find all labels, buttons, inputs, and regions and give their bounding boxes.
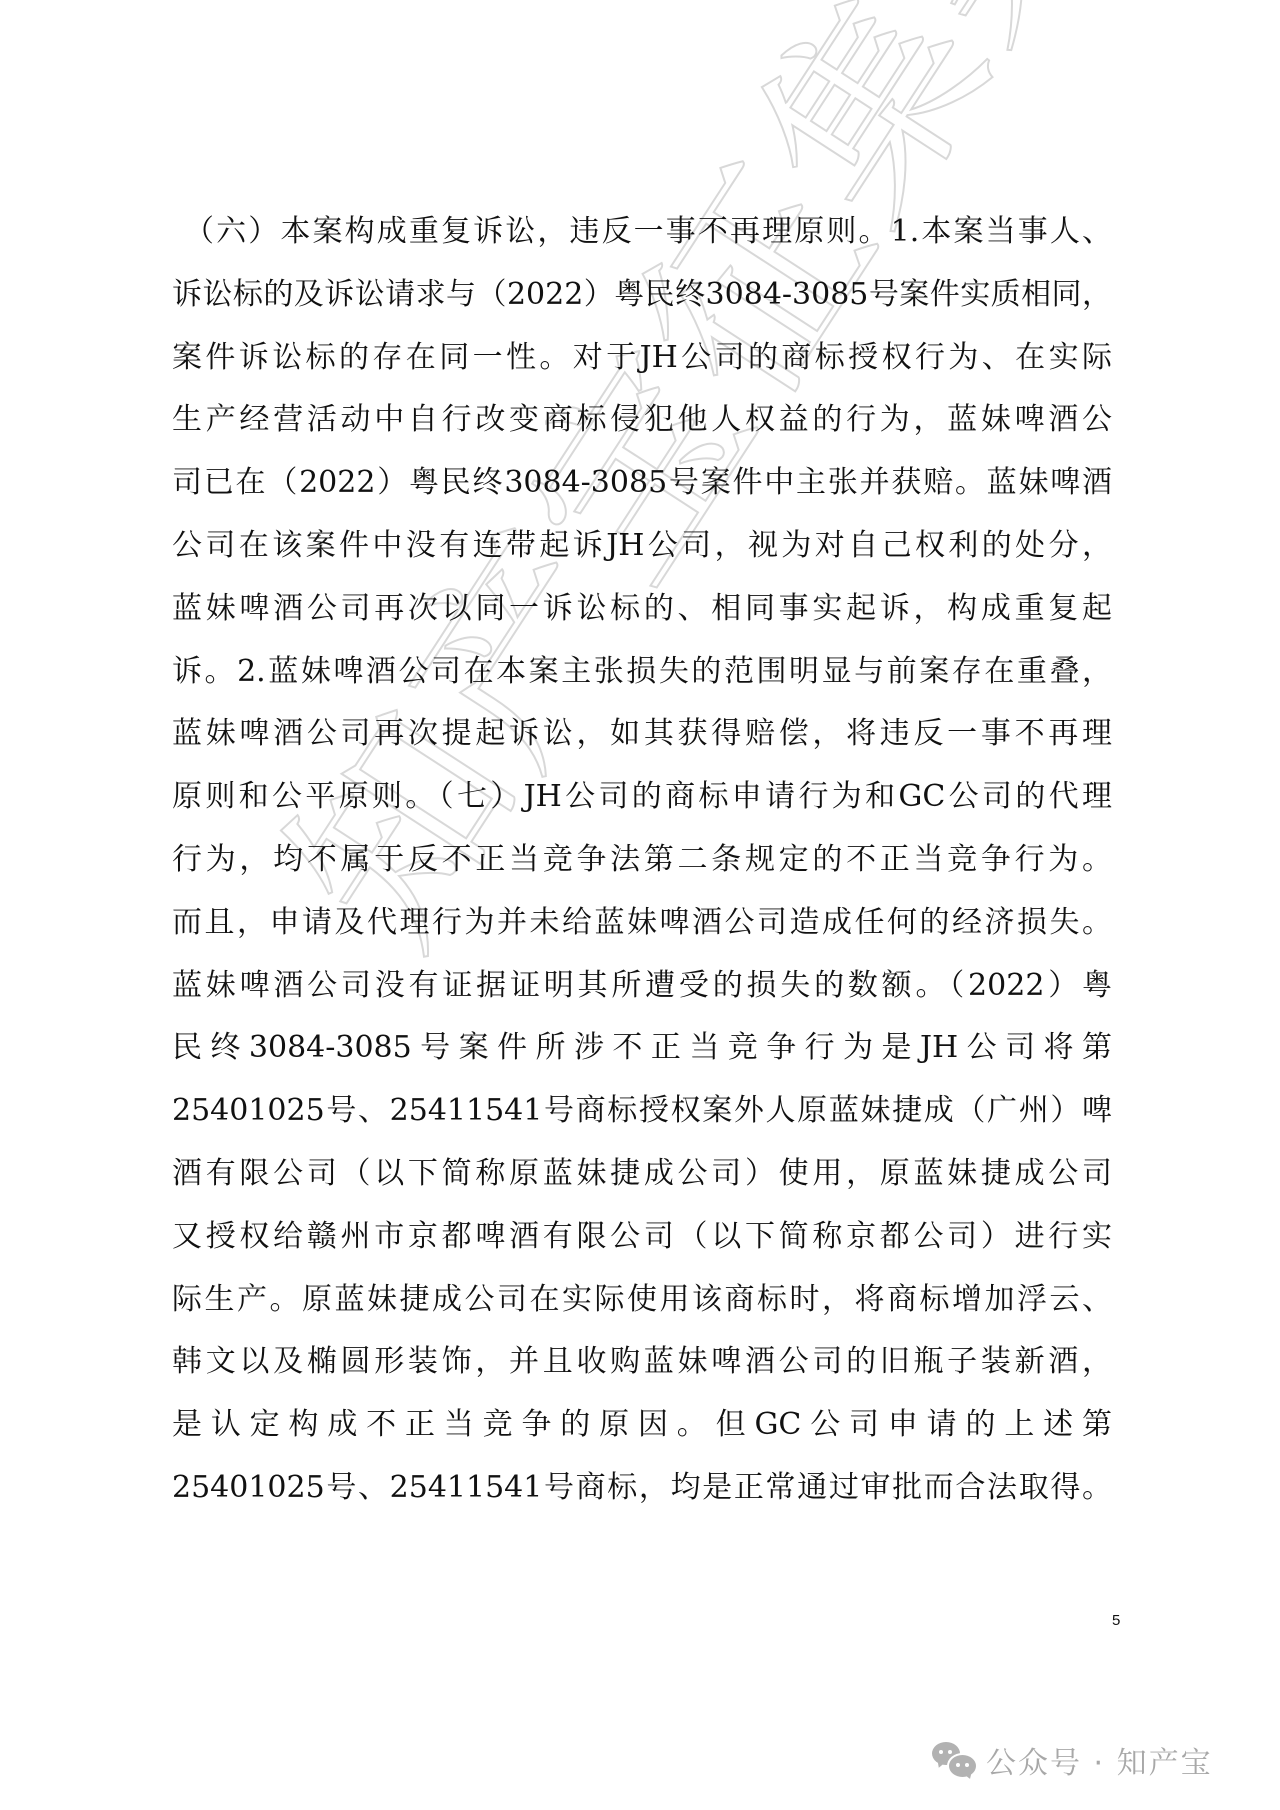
text-line-content: 蓝妹啤酒公司再次以同一诉讼标的、相同事实起诉，构成重复起 — [172, 587, 1112, 650]
text-line: 司已在（2022）粤民终3084-3085号案件中主张并获赔。蓝妹啤酒 — [172, 461, 1112, 524]
text-line: 诉讼标的及诉讼请求与（2022）粤民终3084-3085号案件实质相同， — [172, 273, 1112, 336]
text-line-content: （六）本案构成重复诉讼，违反一事不再理原则。1.本案当事人、 — [172, 210, 1112, 273]
text-line: 原则和公平原则。（七）JH公司的商标申请行为和GC公司的代理 — [172, 775, 1112, 838]
text-line: 案件诉讼标的存在同一性。对于JH公司的商标授权行为、在实际 — [172, 336, 1112, 399]
text-line-content: 原则和公平原则。（七）JH公司的商标申请行为和GC公司的代理 — [172, 775, 1112, 838]
text-line-content: 25401025号、25411541号商标授权案外人原蓝妹捷成（广州）啤 — [172, 1089, 1112, 1152]
text-line-content: 蓝妹啤酒公司没有证据证明其所遭受的损失的数额。（2022）粤 — [172, 964, 1112, 1027]
text-line-content: 25401025号、25411541号商标，均是正常通过审批而合法取得。 — [172, 1466, 1112, 1529]
text-line-content: 民终3084-3085号案件所涉不正当竞争行为是JH公司将第 — [172, 1026, 1112, 1089]
text-line: 蓝妹啤酒公司没有证据证明其所遭受的损失的数额。（2022）粤 — [172, 964, 1112, 1027]
text-line-content: 案件诉讼标的存在同一性。对于JH公司的商标授权行为、在实际 — [172, 336, 1112, 399]
text-line: 蓝妹啤酒公司再次以同一诉讼标的、相同事实起诉，构成重复起 — [172, 587, 1112, 650]
footer-brand: 公众号 · 知产宝 — [932, 1738, 1213, 1782]
text-line: 又授权给赣州市京都啤酒有限公司（以下简称京都公司）进行实 — [172, 1215, 1112, 1278]
text-line: 生产经营活动中自行改变商标侵犯他人权益的行为，蓝妹啤酒公 — [172, 398, 1112, 461]
document-body: （六）本案构成重复诉讼，违反一事不再理原则。1.本案当事人、 诉讼标的及诉讼请求… — [172, 210, 1112, 1529]
text-line: 行为，均不属于反不正当竞争法第二条规定的不正当竞争行为。 — [172, 838, 1112, 901]
text-line: 韩文以及椭圆形装饰，并且收购蓝妹啤酒公司的旧瓶子装新酒， — [172, 1340, 1112, 1403]
text-line-content: 韩文以及椭圆形装饰，并且收购蓝妹啤酒公司的旧瓶子装新酒， — [172, 1340, 1112, 1403]
document-page: 知产宝征集案例 （六）本案构成重复诉讼，违反一事不再理原则。1.本案当事人、 诉… — [0, 0, 1280, 1810]
text-line-content: 是认定构成不正当竞争的原因。但GC公司申请的上述第 — [172, 1403, 1112, 1466]
text-line-content: 司已在（2022）粤民终3084-3085号案件中主张并获赔。蓝妹啤酒 — [172, 461, 1112, 524]
text-line: 蓝妹啤酒公司再次提起诉讼，如其获得赔偿，将违反一事不再理 — [172, 712, 1112, 775]
text-line-content: 酒有限公司（以下简称原蓝妹捷成公司）使用，原蓝妹捷成公司 — [172, 1152, 1112, 1215]
text-line-content: 行为，均不属于反不正当竞争法第二条规定的不正当竞争行为。 — [172, 838, 1112, 901]
text-line-content: 生产经营活动中自行改变商标侵犯他人权益的行为，蓝妹啤酒公 — [172, 398, 1112, 461]
text-line-content: 又授权给赣州市京都啤酒有限公司（以下简称京都公司）进行实 — [172, 1215, 1112, 1278]
page-number: 5 — [1112, 1612, 1120, 1629]
text-line: 民终3084-3085号案件所涉不正当竞争行为是JH公司将第 — [172, 1026, 1112, 1089]
text-line: 25401025号、25411541号商标，均是正常通过审批而合法取得。 — [172, 1466, 1112, 1529]
text-line-content: 蓝妹啤酒公司再次提起诉讼，如其获得赔偿，将违反一事不再理 — [172, 712, 1112, 775]
text-line: 诉。2.蓝妹啤酒公司在本案主张损失的范围明显与前案存在重叠， — [172, 650, 1112, 713]
text-line: 公司在该案件中没有连带起诉JH公司，视为对自己权利的处分， — [172, 524, 1112, 587]
text-line-content: 诉。2.蓝妹啤酒公司在本案主张损失的范围明显与前案存在重叠， — [172, 650, 1112, 713]
text-line: 25401025号、25411541号商标授权案外人原蓝妹捷成（广州）啤 — [172, 1089, 1112, 1152]
text-line-content: 而且，申请及代理行为并未给蓝妹啤酒公司造成任何的经济损失。 — [172, 901, 1112, 964]
text-line-content: 公司在该案件中没有连带起诉JH公司，视为对自己权利的处分， — [172, 524, 1112, 587]
text-line: 而且，申请及代理行为并未给蓝妹啤酒公司造成任何的经济损失。 — [172, 901, 1112, 964]
text-line: 是认定构成不正当竞争的原因。但GC公司申请的上述第 — [172, 1403, 1112, 1466]
text-line: 际生产。原蓝妹捷成公司在实际使用该商标时，将商标增加浮云、 — [172, 1278, 1112, 1341]
wechat-icon — [932, 1742, 976, 1778]
text-line-content: 诉讼标的及诉讼请求与（2022）粤民终3084-3085号案件实质相同， — [172, 273, 1112, 336]
text-line: 酒有限公司（以下简称原蓝妹捷成公司）使用，原蓝妹捷成公司 — [172, 1152, 1112, 1215]
brand-label: 公众号 · 知产宝 — [986, 1738, 1213, 1782]
text-line: （六）本案构成重复诉讼，违反一事不再理原则。1.本案当事人、 — [172, 210, 1112, 273]
text-line-content: 际生产。原蓝妹捷成公司在实际使用该商标时，将商标增加浮云、 — [172, 1278, 1112, 1341]
